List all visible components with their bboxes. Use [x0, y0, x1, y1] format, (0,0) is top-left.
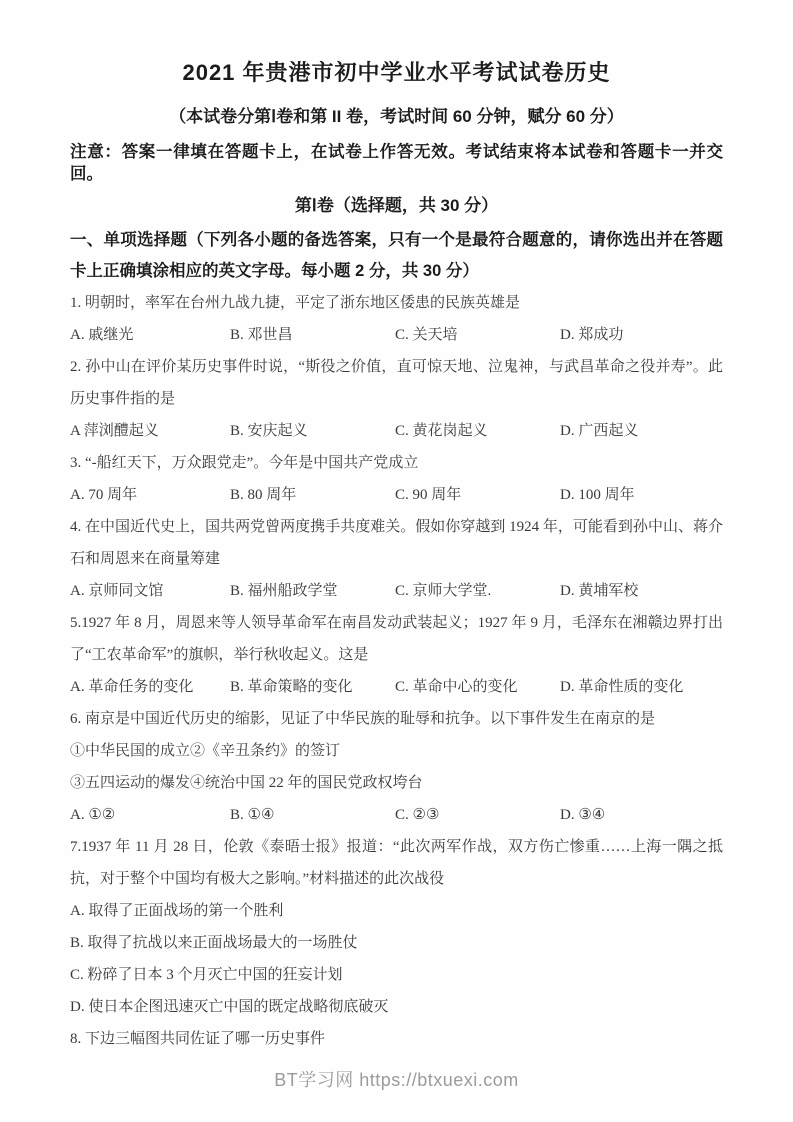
option-b: B. 福州船政学堂: [230, 575, 395, 607]
option-d: D. 郑成功: [560, 319, 723, 351]
option-c: C. 京师大学堂.: [395, 575, 560, 607]
question-7: 7.1937 年 11 月 28 日，伦敦《泰晤士报》报道：“此次两军作战，双方…: [70, 831, 723, 1023]
option-c: C. 粉碎了日本 3 个月灭亡中国的狂妄计划: [70, 959, 723, 991]
question-2: 2. 孙中山在评价某历史事件时说，“斯役之价值，直可惊天地、泣鬼神，与武昌革命之…: [70, 351, 723, 447]
question-4-text: 在中国近代史上，国共两党曾两度携手共度难关。假如你穿越到 1924 年，可能看到…: [70, 519, 723, 567]
question-8-text: 下边三幅图共同佐证了哪一历史事件: [85, 1031, 325, 1047]
question-6-items-1-2: ①中华民国的成立②《辛丑条约》的签订: [70, 735, 723, 767]
question-2-options: A 萍浏醴起义 B. 安庆起义 C. 黄花岗起义 D. 广西起义: [70, 415, 723, 447]
option-d: D. 广西起义: [560, 415, 723, 447]
question-4-stem: 4. 在中国近代史上，国共两党曾两度携手共度难关。假如你穿越到 1924 年，可…: [70, 511, 723, 575]
question-7-stem: 7.1937 年 11 月 28 日，伦敦《泰晤士报》报道：“此次两军作战，双方…: [70, 831, 723, 895]
question-2-number: 2.: [70, 359, 81, 375]
option-a: A. 革命任务的变化: [70, 671, 230, 703]
option-d: D. 100 周年: [560, 479, 723, 511]
option-b: B. 取得了抗战以来正面战场最大的一场胜仗: [70, 927, 723, 959]
question-1-number: 1.: [70, 295, 81, 311]
question-4: 4. 在中国近代史上，国共两党曾两度携手共度难关。假如你穿越到 1924 年，可…: [70, 511, 723, 607]
question-7-number: 7.: [70, 839, 81, 855]
question-6-number: 6.: [70, 711, 81, 727]
question-3-text: “-船红天下，万众跟党走”。今年是中国共产党成立: [85, 455, 418, 471]
question-5: 5.1927 年 8 月，周恩来等人领导革命军在南昌发动武装起义；1927 年 …: [70, 607, 723, 703]
option-a: A. 70 周年: [70, 479, 230, 511]
exam-paper-page: 2021 年贵港市初中学业水平考试试卷历史 （本试卷分第Ⅰ卷和第 II 卷，考试…: [0, 0, 793, 1122]
option-c: C. 90 周年: [395, 479, 560, 511]
question-7-text: 1937 年 11 月 28 日，伦敦《泰晤士报》报道：“此次两军作战，双方伤亡…: [70, 839, 723, 887]
question-6: 6. 南京是中国近代历史的缩影，见证了中华民族的耻辱和抗争。以下事件发生在南京的…: [70, 703, 723, 831]
question-3-stem: 3. “-船红天下，万众跟党走”。今年是中国共产党成立: [70, 447, 723, 479]
question-6-items-3-4: ③五四运动的爆发④统治中国 22 年的国民党政权垮台: [70, 767, 723, 799]
section-header: 第Ⅰ卷（选择题，共 30 分）: [70, 195, 723, 217]
option-a: A. 取得了正面战场的第一个胜利: [70, 895, 723, 927]
question-5-text: 1927 年 8 月，周恩来等人领导革命军在南昌发动武装起义；1927 年 9 …: [70, 615, 723, 663]
option-b: B. ①④: [230, 799, 395, 831]
exam-notice: 注意：答案一律填在答题卡上，在试卷上作答无效。考试结束将本试卷和答题卡一并交回。: [70, 142, 723, 185]
option-c: C. 黄花岗起义: [395, 415, 560, 447]
question-4-options: A. 京师同文馆 B. 福州船政学堂 C. 京师大学堂. D. 黄埔军校: [70, 575, 723, 607]
question-1-options: A. 戚继光 B. 邓世昌 C. 关天培 D. 郑成功: [70, 319, 723, 351]
question-8-stem: 8. 下边三幅图共同佐证了哪一历史事件: [70, 1023, 723, 1055]
option-d: D. ③④: [560, 799, 723, 831]
part-heading: 一、单项选择题（下列各小题的备选答案，只有一个是最符合题意的，请你选出并在答题卡…: [70, 225, 723, 287]
page-title: 2021 年贵港市初中学业水平考试试卷历史: [70, 60, 723, 86]
watermark: BT学习网 https://btxuexi.com: [0, 1066, 793, 1092]
question-1: 1. 明朝时，率军在台州九战九捷，平定了浙东地区倭患的民族英雄是 A. 戚继光 …: [70, 287, 723, 351]
option-b: B. 80 周年: [230, 479, 395, 511]
question-4-number: 4.: [70, 519, 81, 535]
question-3-options: A. 70 周年 B. 80 周年 C. 90 周年 D. 100 周年: [70, 479, 723, 511]
option-a: A. ①②: [70, 799, 230, 831]
option-c: C. ②③: [395, 799, 560, 831]
option-d: D. 黄埔军校: [560, 575, 723, 607]
question-5-number: 5.: [70, 615, 81, 631]
question-1-text: 明朝时，率军在台州九战九捷，平定了浙东地区倭患的民族英雄是: [85, 295, 520, 311]
option-c: C. 革命中心的变化: [395, 671, 560, 703]
exam-subtitle: （本试卷分第Ⅰ卷和第 II 卷，考试时间 60 分钟，赋分 60 分）: [70, 106, 723, 128]
option-b: B. 革命策略的变化: [230, 671, 395, 703]
option-b: B. 邓世昌: [230, 319, 395, 351]
question-8: 8. 下边三幅图共同佐证了哪一历史事件: [70, 1023, 723, 1055]
question-5-stem: 5.1927 年 8 月，周恩来等人领导革命军在南昌发动武装起义；1927 年 …: [70, 607, 723, 671]
question-1-stem: 1. 明朝时，率军在台州九战九捷，平定了浙东地区倭患的民族英雄是: [70, 287, 723, 319]
option-a: A 萍浏醴起义: [70, 415, 230, 447]
option-d: D. 革命性质的变化: [560, 671, 723, 703]
option-d: D. 使日本企图迅速灭亡中国的既定战略彻底破灭: [70, 991, 723, 1023]
question-8-number: 8.: [70, 1031, 81, 1047]
question-3: 3. “-船红天下，万众跟党走”。今年是中国共产党成立 A. 70 周年 B. …: [70, 447, 723, 511]
question-7-options: A. 取得了正面战场的第一个胜利 B. 取得了抗战以来正面战场最大的一场胜仗 C…: [70, 895, 723, 1023]
question-6-stem: 6. 南京是中国近代历史的缩影，见证了中华民族的耻辱和抗争。以下事件发生在南京的…: [70, 703, 723, 735]
option-a: A. 京师同文馆: [70, 575, 230, 607]
question-3-number: 3.: [70, 455, 81, 471]
option-c: C. 关天培: [395, 319, 560, 351]
question-5-options: A. 革命任务的变化 B. 革命策略的变化 C. 革命中心的变化 D. 革命性质…: [70, 671, 723, 703]
question-2-stem: 2. 孙中山在评价某历史事件时说，“斯役之价值，直可惊天地、泣鬼神，与武昌革命之…: [70, 351, 723, 415]
question-2-text: 孙中山在评价某历史事件时说，“斯役之价值，直可惊天地、泣鬼神，与武昌革命之役并寿…: [70, 359, 723, 407]
question-6-text: 南京是中国近代历史的缩影，见证了中华民族的耻辱和抗争。以下事件发生在南京的是: [85, 711, 655, 727]
question-6-options: A. ①② B. ①④ C. ②③ D. ③④: [70, 799, 723, 831]
option-a: A. 戚继光: [70, 319, 230, 351]
option-b: B. 安庆起义: [230, 415, 395, 447]
